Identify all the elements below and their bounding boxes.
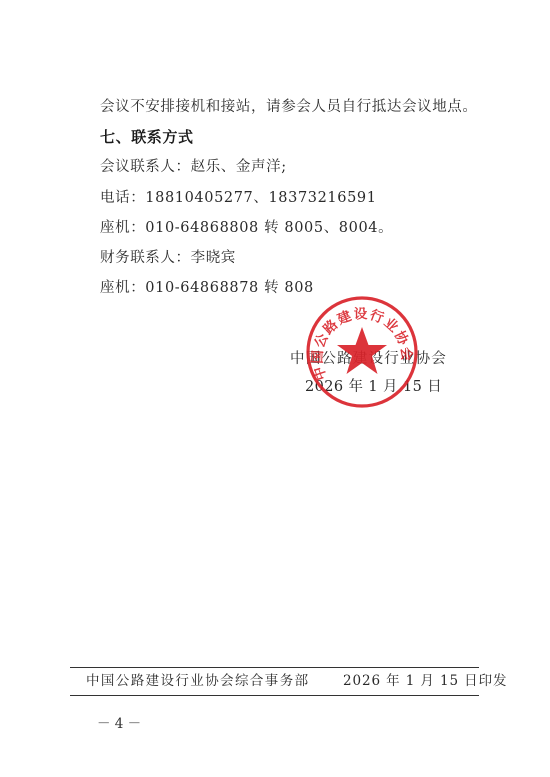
notice-paragraph: 会议不安排接机和接站，请参会人员自行抵达会议地点。 [100, 98, 478, 116]
footer-issue-date: 2026 年 1 月 15 日印发 [343, 673, 507, 689]
page-number: － 4 － [97, 712, 141, 732]
phone-line: 电话：18810405277、18373216591 [100, 189, 377, 207]
footer-bottom-rule [70, 695, 479, 696]
seal-ring-text: 中国公路建设行业协会 [309, 305, 416, 382]
signature-organization: 中国公路建设行业协会 [290, 350, 447, 368]
svg-text:中国公路建设行业协会: 中国公路建设行业协会 [309, 305, 416, 382]
meeting-contact-line: 会议联系人：赵乐、金声洋; [100, 158, 287, 176]
footer-issuer: 中国公路建设行业协会综合事务部 [86, 673, 310, 689]
signature-date: 2026 年 1 月 15 日 [305, 378, 442, 396]
footer-top-rule [70, 667, 479, 668]
section-heading-contact: 七、联系方式 [100, 128, 194, 146]
finance-contact-line: 财务联系人：李晓宾 [100, 249, 236, 267]
finance-landline-line: 座机：010-64868878 转 808 [100, 279, 314, 297]
landline-line: 座机：010-64868808 转 8005、8004。 [100, 219, 393, 237]
